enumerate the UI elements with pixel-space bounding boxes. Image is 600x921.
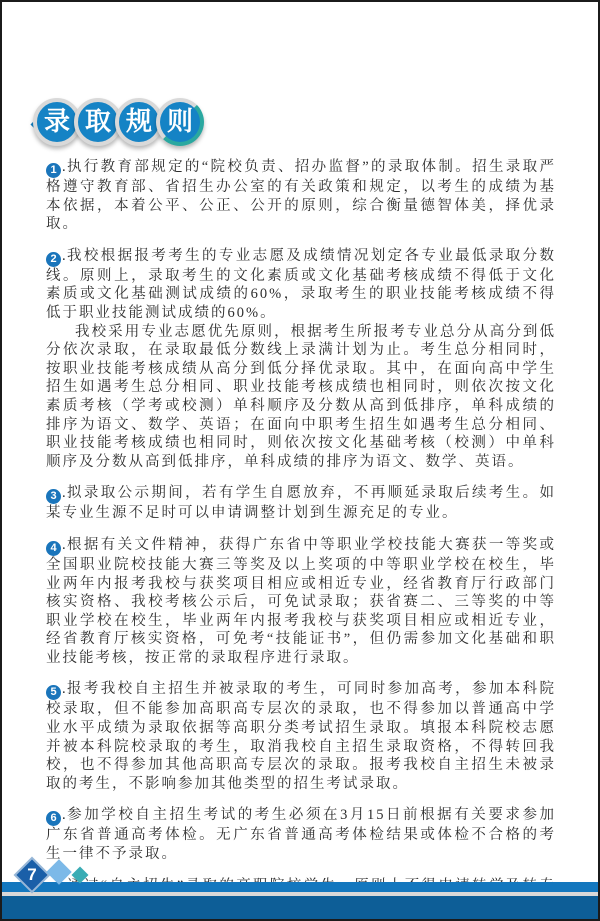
rule-number-badge: 1	[46, 163, 61, 178]
rule-text: 执行教育部规定的“院校负责、招办监督”的录取体制。招生录取严格遵守教育部、省招生…	[46, 159, 556, 232]
rule-paragraph: 4.根据有关文件精神，获得广东省中等职业学校技能大赛获一等奖或全国职业院校技能大…	[46, 536, 556, 668]
rule-text: 报考我校自主招生并被录取的考生，可同时参加高考，参加本科院校录取，但不能参加高职…	[46, 681, 556, 791]
rule-paragraph: 1.执行教育部规定的“院校负责、招办监督”的录取体制。招生录取严格遵守教育部、省…	[46, 158, 556, 234]
rule-number-badge: 3	[46, 489, 61, 504]
rule-number: 1	[50, 164, 56, 176]
title-char: 录	[44, 109, 70, 135]
rule-number-badge: 2	[46, 252, 61, 267]
rules-list: 1.执行教育部规定的“院校负责、招办监督”的录取体制。招生录取严格遵守教育部、省…	[46, 158, 556, 921]
document-page: 录 取 规 则 1.执行教育部规定的“院校负责、招办监督”的录取体制。招生录取严…	[0, 0, 600, 921]
rule-text: 我校采用专业志愿优先原则，根据考生所报考专业总分从高分到低分依次录取，在录取最低…	[46, 324, 556, 470]
rule-number: 4	[50, 542, 56, 554]
rule-number: 5	[50, 686, 56, 698]
rule-paragraph: 6.参加学校自主招生考试的考生必须在3月15日前根据有关要求参加广东省普通高考体…	[46, 806, 556, 863]
footer-band-mid	[2, 882, 598, 892]
title-char: 规	[126, 109, 152, 135]
rule-number-badge: 6	[46, 811, 61, 826]
rule-paragraph: 5.报考我校自主招生并被录取的考生，可同时参加高考，参加本科院校录取，但不能参加…	[46, 680, 556, 793]
rule-number-badge: 4	[46, 541, 61, 556]
rule-paragraph: 2.我校根据报考考生的专业志愿及成绩情况划定各专业最低录取分数线。原则上，录取考…	[46, 247, 556, 323]
title-char: 取	[85, 109, 111, 135]
rule-text: 根据有关文件精神，获得广东省中等职业学校技能大赛获一等奖或全国职业院校技能大赛三…	[46, 537, 556, 666]
title-circle: 则	[156, 98, 204, 146]
page-number: 7	[21, 864, 43, 886]
rule-paragraph: 我校采用专业志愿优先原则，根据考生所报考专业总分从高分到低分依次录取，在录取最低…	[46, 323, 556, 472]
footer-band-dark	[2, 896, 598, 919]
rule-number-badge: 5	[46, 685, 61, 700]
rule-paragraph: 3.拟录取公示期间，若有学生自愿放弃，不再顺延录取后续考生。如某专业生源不足时可…	[46, 484, 556, 523]
rule-text: 我校根据报考考生的专业志愿及成绩情况划定各专业最低录取分数线。原则上，录取考生的…	[46, 248, 556, 321]
title-char: 则	[167, 109, 193, 135]
rule-text: 参加学校自主招生考试的考生必须在3月15日前根据有关要求参加广东省普通高考体检。…	[46, 807, 556, 862]
rule-number: 3	[50, 490, 56, 502]
rule-text: 拟录取公示期间，若有学生自愿放弃，不再顺延录取后续考生。如某专业生源不足时可以申…	[46, 485, 556, 521]
page-title: 录 取 规 则	[40, 94, 204, 150]
rule-number: 6	[50, 812, 56, 824]
rule-number: 2	[50, 253, 56, 265]
